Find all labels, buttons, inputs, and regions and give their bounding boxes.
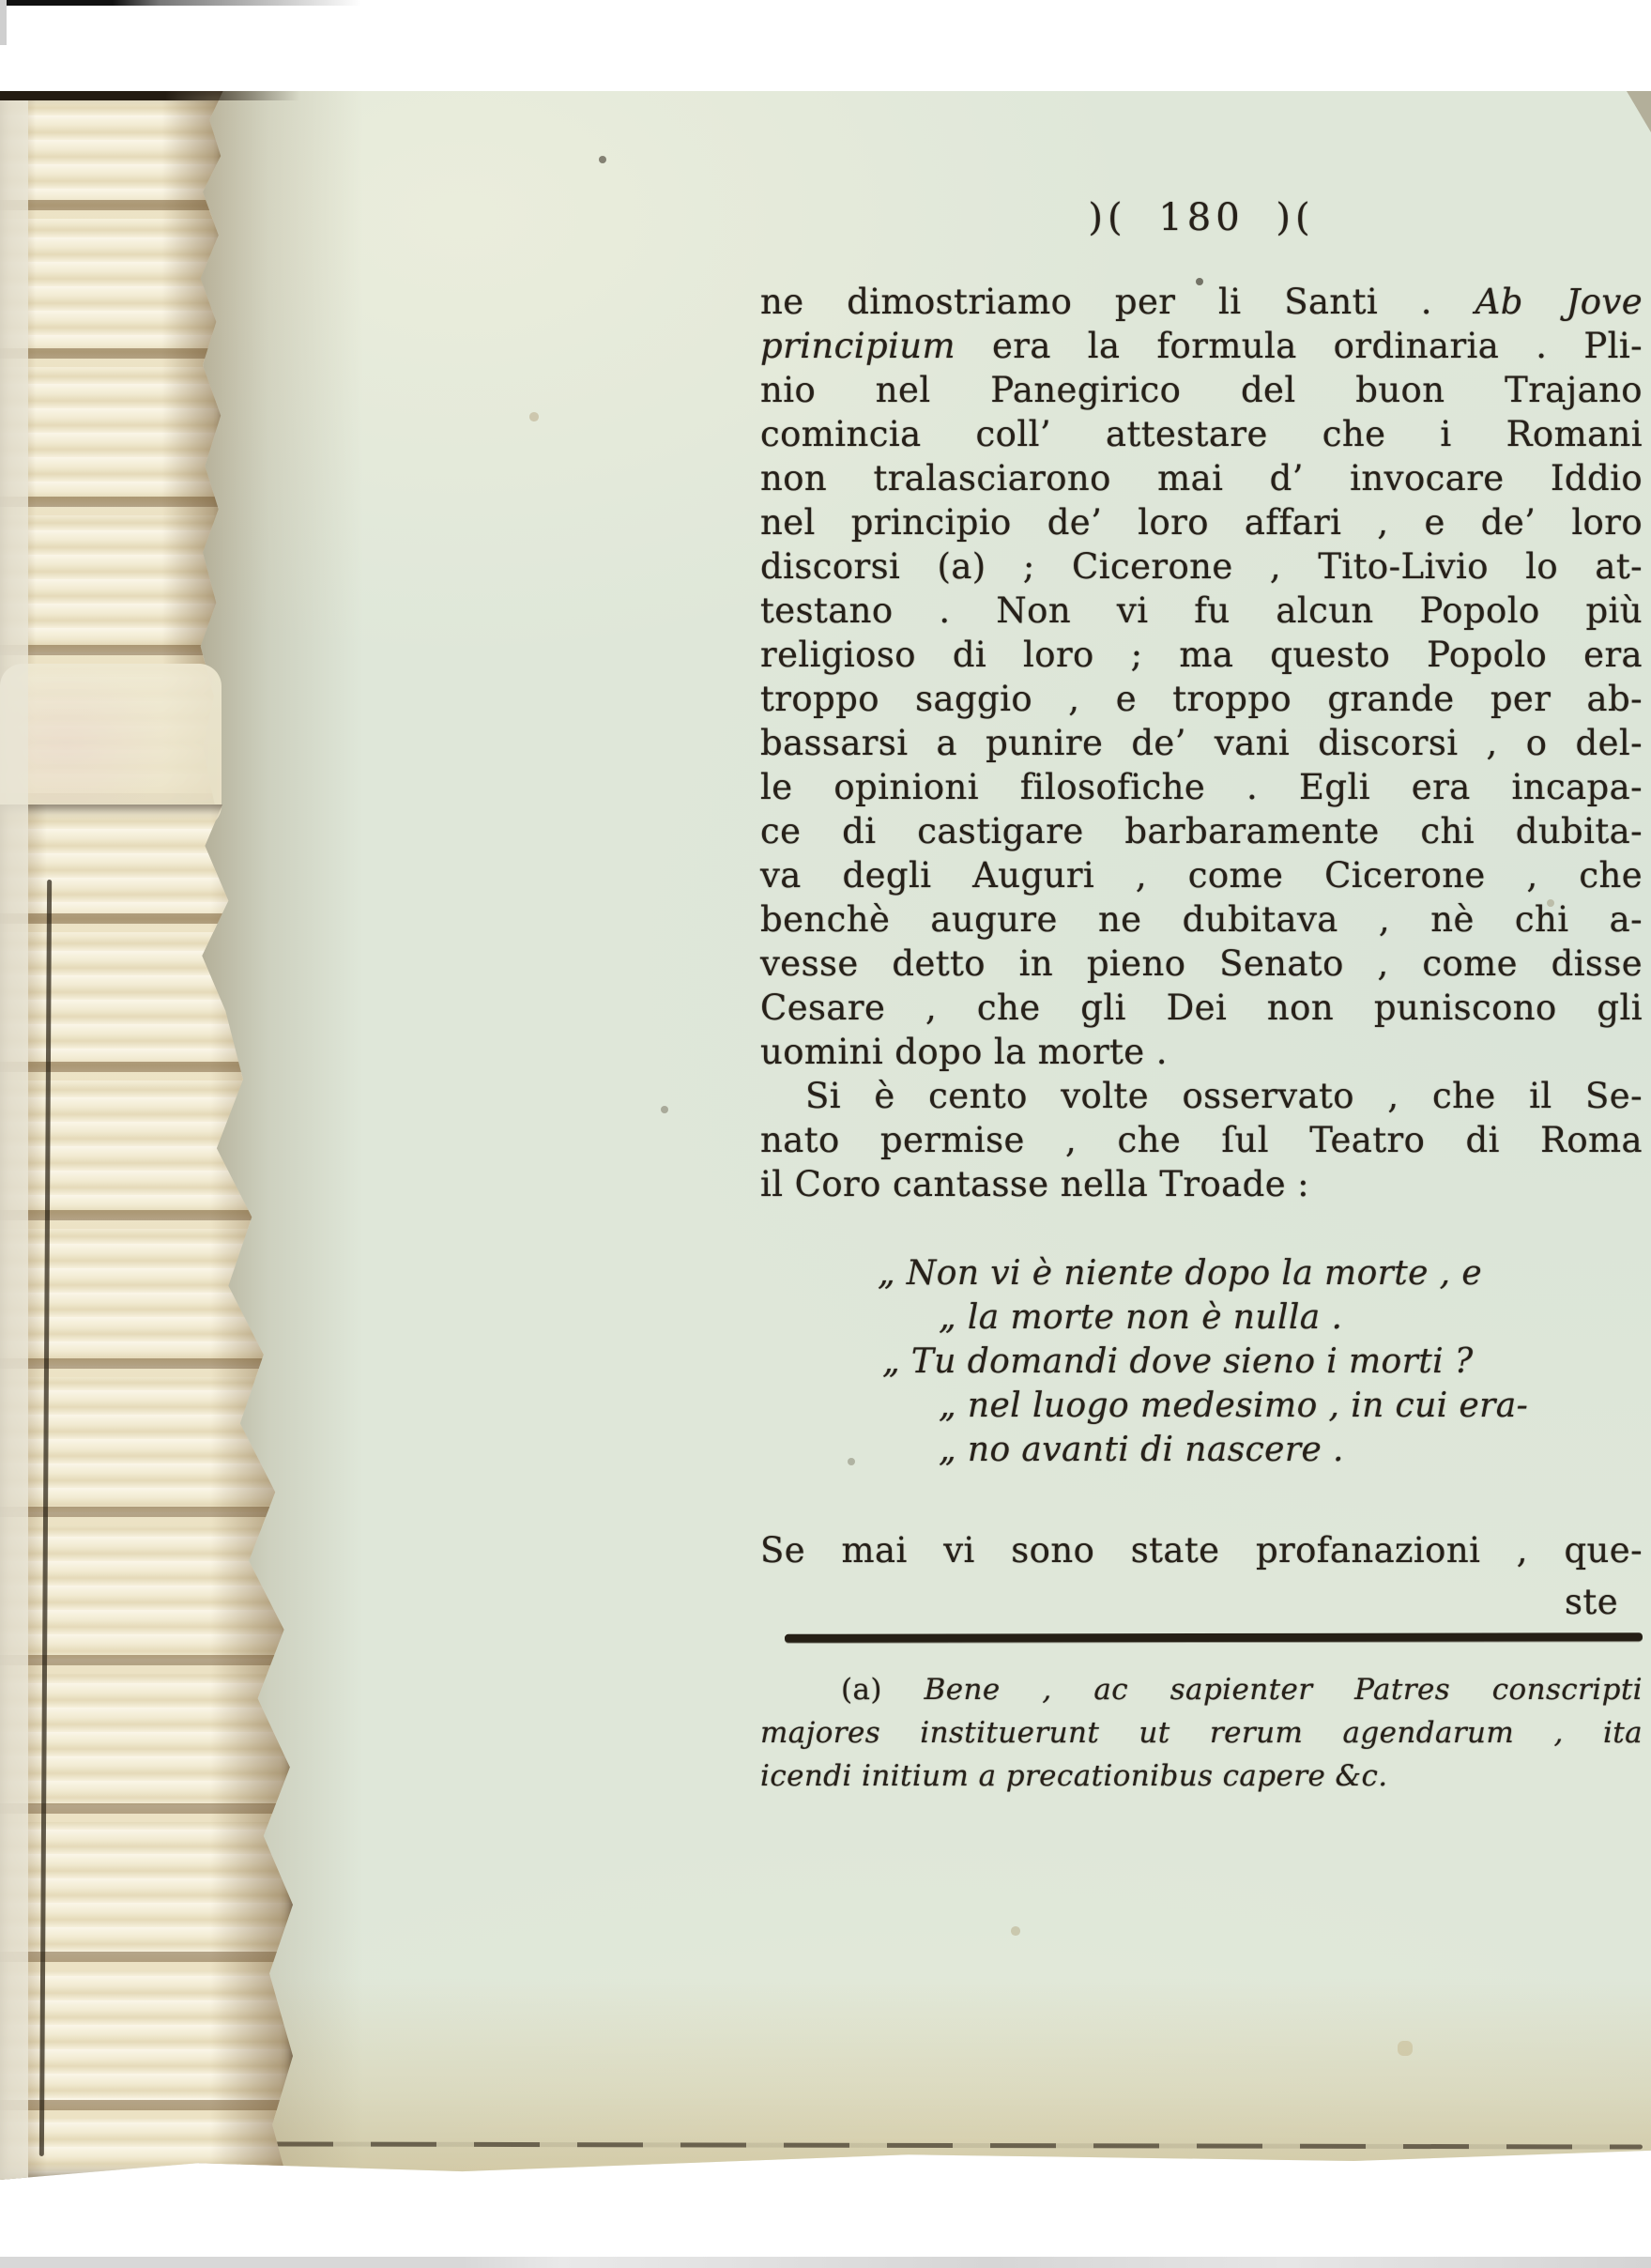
book-page-scan: )( 180 )( ne dimostriamo per li Santi . … bbox=[0, 91, 1651, 2180]
binding-light-band bbox=[0, 664, 222, 828]
verse-quotation: „ Non vi è niente dopo la morte , e„ la … bbox=[760, 1251, 1643, 1472]
text-line: non tralasciarono mai d’ invocare Iddio bbox=[760, 456, 1643, 500]
text-line: „ Non vi è niente dopo la morte , e bbox=[878, 1251, 1643, 1295]
text-line: nio nel Panegirico del buon Trajano bbox=[760, 368, 1643, 412]
text-line: Se mai vi sono state profanazioni , que- bbox=[760, 1528, 1643, 1572]
text-line: le opinioni filosofiche . Egli era incap… bbox=[760, 765, 1643, 809]
scanner-bottom-bar bbox=[0, 2257, 1651, 2268]
text-line: „ la morte non è nulla . bbox=[939, 1295, 1643, 1340]
text-line: „ Tu domandi dove sieno i morti ? bbox=[882, 1340, 1643, 1384]
scanner-edge-bar bbox=[0, 0, 7, 45]
text-line: (a) Bene , ac sapienter Patres conscript… bbox=[760, 1668, 1643, 1711]
text-line: majores instituerunt ut rerum agendarum … bbox=[760, 1711, 1643, 1755]
footnote-block: (a) Bene , ac sapienter Patres conscript… bbox=[760, 1668, 1643, 1798]
text-line: nato permise , che ſul Teatro di Roma bbox=[760, 1118, 1643, 1162]
scanner-edge-line bbox=[0, 0, 361, 6]
footnote-separator-rule bbox=[785, 1632, 1643, 1643]
text-line: troppo saggio , e troppo grande per ab- bbox=[760, 677, 1643, 721]
text-line: bassarsi a punire de’ vani discorsi , o … bbox=[760, 721, 1643, 765]
text-line: icendi initium a precationibus capere &c… bbox=[760, 1755, 1643, 1798]
text-line: nel principio de’ loro affari , e de’ lo… bbox=[760, 500, 1643, 544]
text-line: vesse detto in pieno Senato , come disse bbox=[760, 942, 1643, 986]
body-paragraphs: ne dimostriamo per li Santi . Ab Jovepri… bbox=[760, 280, 1643, 1206]
text-line: religioso di loro ; ma questo Popolo era bbox=[760, 633, 1643, 677]
text-line: ne dimostriamo per li Santi . Ab Jove bbox=[760, 280, 1643, 324]
text-line: ce di castigare barbaramente chi dubita- bbox=[760, 809, 1643, 853]
text-line: Cesare , che gli Dei non puniscono gli bbox=[760, 986, 1643, 1030]
paper-stain bbox=[239, 1978, 1651, 2180]
text-line: principium era la formula ordinaria . Pl… bbox=[760, 324, 1643, 368]
text-line: Si è cento volte osservato , che il Se- bbox=[760, 1074, 1643, 1118]
text-line: uomini dopo la morte . bbox=[760, 1030, 1643, 1074]
text-line: benchè augure ne dubitava , nè chi a- bbox=[760, 897, 1643, 942]
page-text-block: ne dimostriamo per li Santi . Ab Jovepri… bbox=[760, 280, 1643, 1798]
catchword: ste bbox=[760, 1580, 1643, 1624]
text-line: testano . Non vi fu alcun Popolo più bbox=[760, 589, 1643, 633]
binding-left-edge bbox=[0, 91, 28, 2180]
text-line: comincia coll’ attestare che i Romani bbox=[760, 412, 1643, 456]
binding-top-shadow bbox=[0, 91, 300, 100]
text-line: va degli Auguri , come Cicerone , che bbox=[760, 853, 1643, 897]
page-number-header: )( 180 )( bbox=[760, 196, 1643, 253]
text-line: discorsi (a) ; Cicerone , Tito-Livio lo … bbox=[760, 544, 1643, 589]
text-line: il Coro cantasse nella Troade : bbox=[760, 1162, 1643, 1206]
closing-sentence: Se mai vi sono state profanazioni , que- bbox=[760, 1528, 1643, 1572]
text-line: „ nel luogo medesimo , in cui era- bbox=[939, 1384, 1643, 1428]
text-line: „ no avanti di nascere . bbox=[939, 1428, 1643, 1472]
